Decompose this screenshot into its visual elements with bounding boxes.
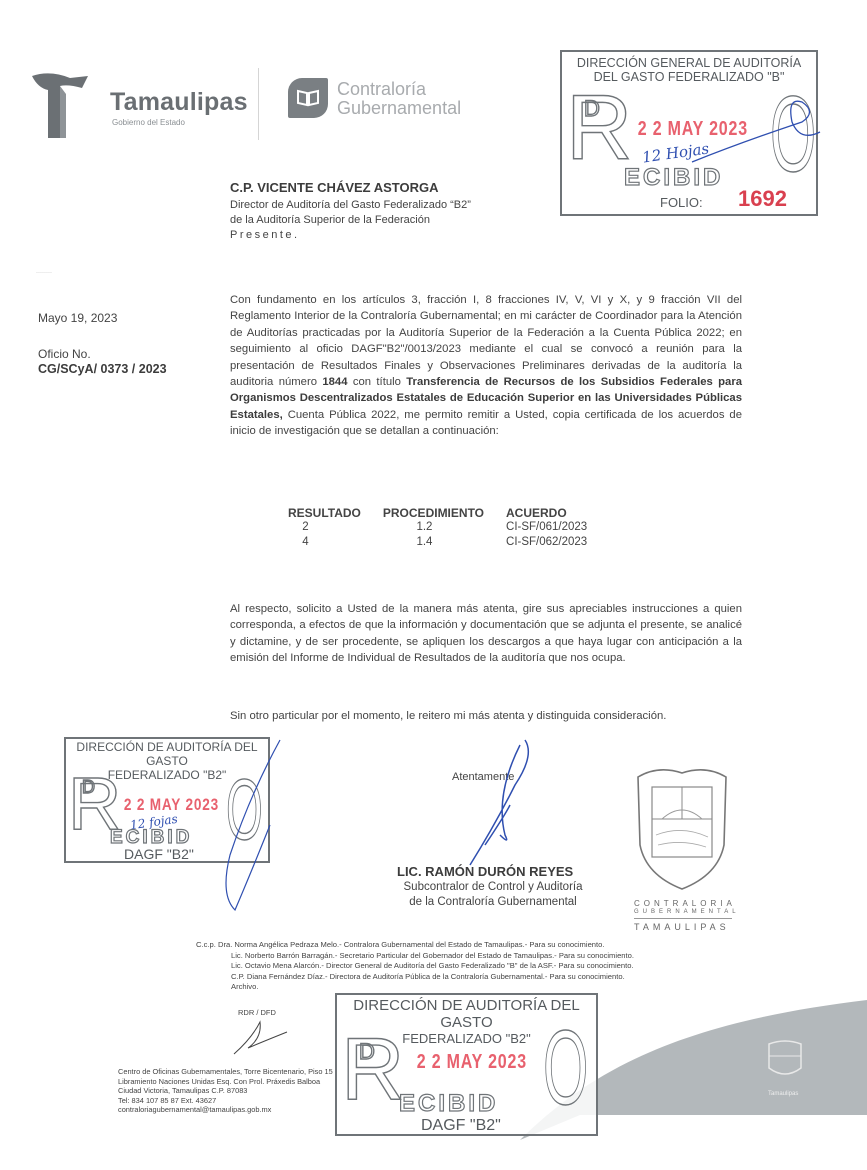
tamaulipas-logo-subtitle: Gobierno del Estado — [112, 118, 185, 127]
ccp-prefix: C.c.p. — [196, 940, 216, 949]
results-table-header: RESULTADO PROCEDIMIENTO ACUERDO — [288, 506, 609, 520]
cell-procedimiento: 1.4 — [383, 535, 506, 550]
stamp-footer: DAGF "B2" — [124, 846, 194, 862]
ccp-entry: Lic. Octavio Mena Alarcón.- Director Gen… — [196, 961, 634, 972]
stamp-folio-label: FOLIO: — [660, 195, 703, 210]
footer-email-link[interactable]: contraloriagubernamental@tamaulipas.gob.… — [118, 1105, 333, 1115]
addressee-title: Director de Auditoría del Gasto Federali… — [230, 199, 471, 211]
column-header-acuerdo: ACUERDO — [506, 506, 609, 520]
letter-date: Mayo 19, 2023 — [38, 311, 117, 325]
contraloria-logo-line1: Contraloría — [337, 80, 461, 99]
column-header-resultado: RESULTADO — [288, 506, 383, 520]
tamaulipas-logo-name: Tamaulipas — [110, 88, 248, 117]
stamp-big-o: O — [543, 1015, 588, 1121]
margin-mark: ········ — [36, 270, 52, 276]
body-p1-ending: Cuenta Pública 2022, me permito remitir … — [230, 409, 742, 437]
ccp-entry: C.c.p. Dra. Norma Angélica Pedraza Melo.… — [196, 940, 634, 951]
cell-resultado: 4 — [288, 535, 383, 550]
stamp-footer: DAGF "B2" — [421, 1117, 501, 1135]
svg-text:Tamaulipas: Tamaulipas — [768, 1091, 798, 1097]
carbon-copy-list: C.c.p. Dra. Norma Angélica Pedraza Melo.… — [196, 940, 634, 993]
signer-role-line2: de la Contraloría Gubernamental — [403, 896, 583, 908]
results-table: RESULTADO PROCEDIMIENTO ACUERDO 2 1.2 CI… — [288, 506, 609, 550]
footer-address-line1: Centro de Oficinas Gubernamentales, Torr… — [118, 1067, 333, 1077]
cell-procedimiento: 1.2 — [383, 520, 506, 535]
footer-phone: Tel: 834 107 85 87 Ext. 43627 — [118, 1096, 333, 1106]
addressee-presente: Presente. — [230, 229, 300, 241]
audit-number: 1844 — [322, 376, 347, 388]
stamp-title-line1: DIRECCIÓN GENERAL DE AUDITORÍA — [562, 56, 816, 70]
initials: RDR / DFD — [238, 1008, 276, 1017]
oficio-number: CG/SCyA/ 0373 / 2023 — [38, 362, 167, 376]
signature-scribble-icon — [210, 735, 290, 915]
table-row: 2 1.2 CI-SF/061/2023 — [288, 520, 609, 535]
footer-address-line3: Ciudad Victoria, Tamaulipas C.P. 87083 — [118, 1086, 333, 1096]
signature-icon — [465, 735, 545, 875]
stamp-small-d: D — [584, 96, 600, 122]
signer-role-line1: Subcontralor de Control y Auditoría — [403, 881, 583, 893]
body-paragraph-2: Al respecto, solicito a Usted de la mane… — [230, 601, 742, 667]
initials-signature-icon — [232, 1018, 292, 1058]
received-stamp-dagf-b2-bottom: DIRECCIÓN DE AUDITORÍA DEL GASTO FEDERAL… — [335, 993, 598, 1136]
oficio-label: Oficio No. — [38, 347, 91, 361]
addressee-name: C.P. VICENTE CHÁVEZ ASTORGA — [230, 180, 439, 195]
cell-acuerdo: CI-SF/062/2023 — [506, 535, 609, 550]
contraloria-logo-name: Contraloría Gubernamental — [337, 80, 461, 118]
body-paragraph-1: Con fundamento en los artículos 3, fracc… — [230, 292, 742, 440]
stamp-small-d: D — [82, 777, 95, 798]
column-header-procedimiento: PROCEDIMIENTO — [383, 506, 506, 520]
seal-text-line3: TAMAULIPAS — [634, 922, 730, 932]
ccp-entry: C.P. Diana Fernández Díaz.- Directora de… — [196, 972, 634, 983]
contraloria-logo-line2: Gubernamental — [337, 99, 461, 118]
seal-divider — [634, 918, 732, 919]
stamp-date: 2 2 MAY 2023 — [417, 1051, 527, 1074]
signature-scribble-icon — [682, 92, 822, 172]
book-icon — [288, 78, 328, 118]
ccp-entry: Archivo. — [196, 982, 634, 993]
cell-acuerdo: CI-SF/061/2023 — [506, 520, 609, 535]
body-p1-text: Con fundamento en los artículos 3, fracc… — [230, 294, 742, 388]
footer-address: Centro de Oficinas Gubernamentales, Torr… — [118, 1067, 333, 1115]
seal-text-line2: GUBERNAMENTAL — [634, 909, 740, 915]
cell-resultado: 2 — [288, 520, 383, 535]
ccp-entry-text: Dra. Norma Angélica Pedraza Melo.- Contr… — [218, 940, 605, 949]
ccp-entry: Lic. Norberto Barrón Barragán.- Secretar… — [196, 951, 634, 962]
stamp-small-d: D — [359, 1039, 375, 1065]
footer-address-line2: Libramiento Naciones Unidas Esq. Con Pro… — [118, 1077, 333, 1087]
tamaulipas-logo-icon — [30, 68, 92, 140]
body-paragraph-3: Sin otro particular por el momento, le r… — [230, 708, 742, 724]
coat-of-arms-seal-icon — [628, 765, 736, 895]
logo-divider — [258, 68, 259, 140]
table-row: 4 1.4 CI-SF/062/2023 — [288, 535, 609, 550]
seal-text-line1: CONTRALORIA — [634, 899, 736, 908]
addressee-organization: de la Auditoría Superior de la Federació… — [230, 214, 430, 226]
stamp-recibido-word: ECIBID — [399, 1090, 498, 1118]
received-stamp-dgagf-b: DIRECCIÓN GENERAL DE AUDITORÍA DEL GASTO… — [560, 50, 818, 216]
stamp-folio-number: 1692 — [738, 186, 787, 212]
signer-name: LIC. RAMÓN DURÓN REYES — [397, 864, 573, 879]
body-p1-connector: con título — [348, 376, 407, 388]
